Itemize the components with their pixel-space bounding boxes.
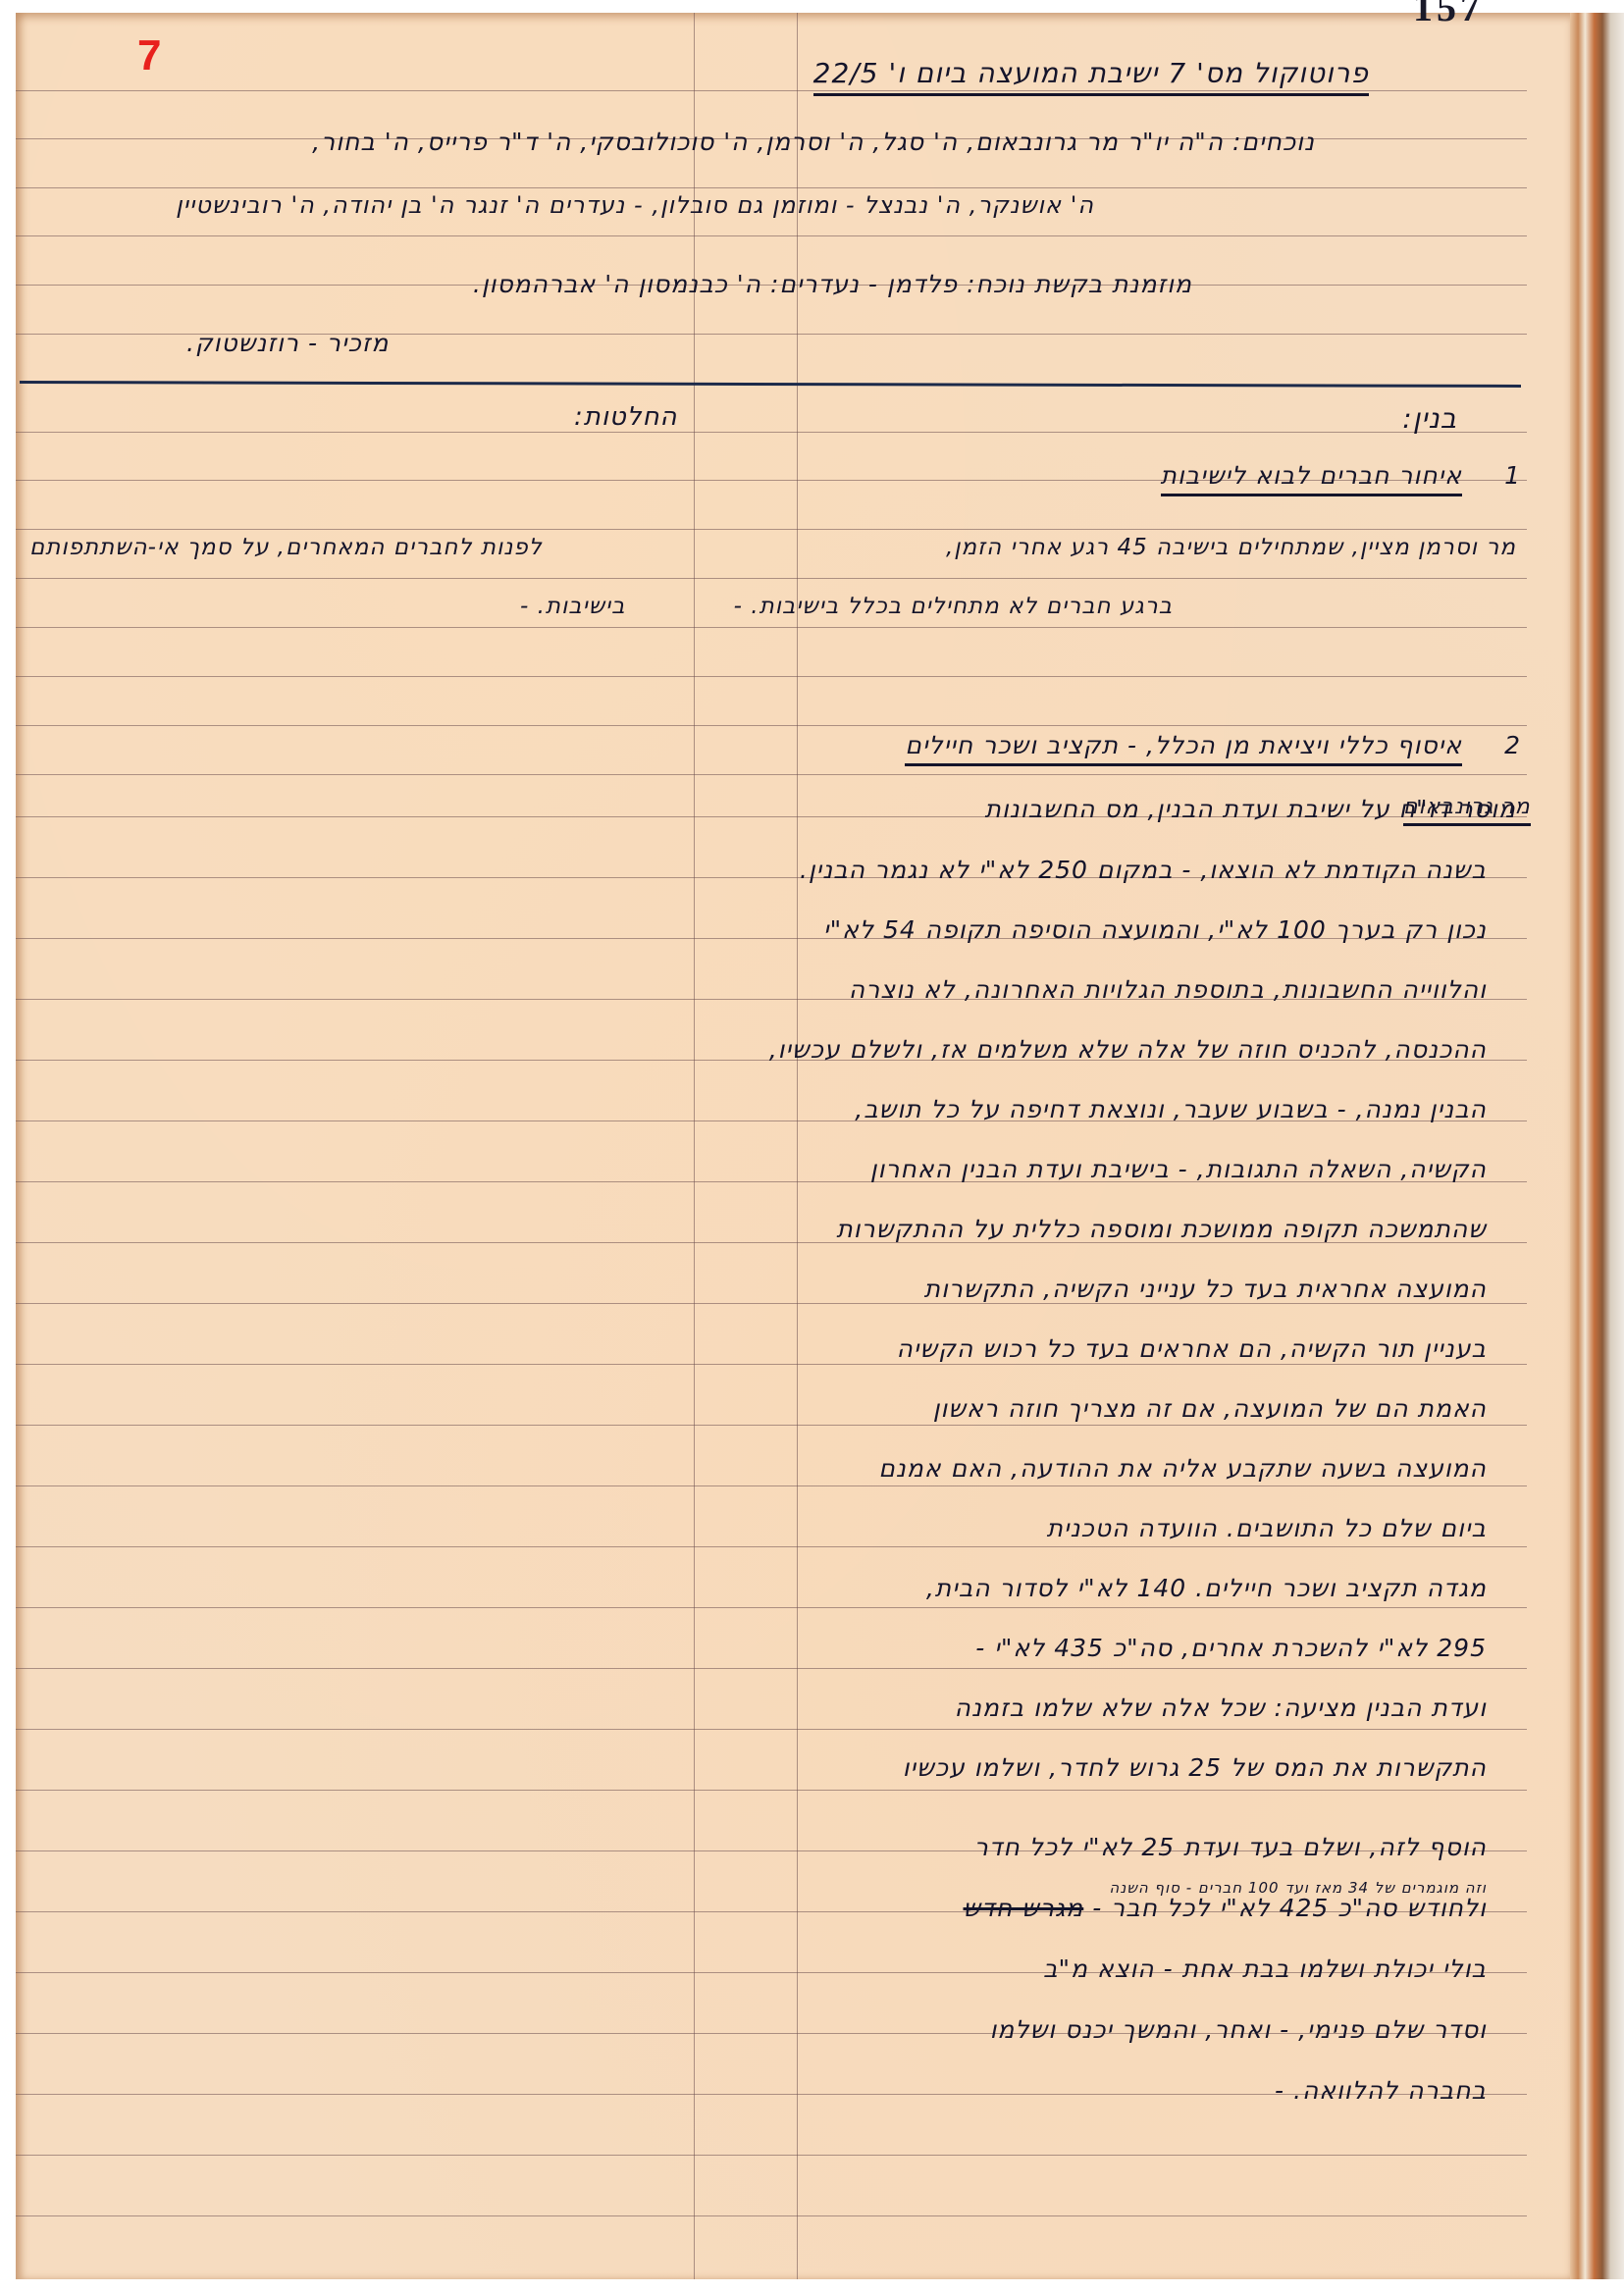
ruled-line <box>16 1668 1527 1669</box>
section-2-line: הוסף לזה, ושלם בעד ועדת 25 לא"י לכל חדר <box>974 1833 1487 1861</box>
column-header-decisions: החלטות: <box>574 402 678 432</box>
section-2-line: מוסר דו"ח על ישיבת ועדת הבנין, מס החשבונ… <box>985 795 1516 823</box>
section-2-line: והלווייה החשבונות, בתוספת הגלויות האחרונ… <box>849 975 1487 1004</box>
section-2-line: בחברה להלוואה. - <box>1275 2076 1487 2105</box>
section-1-line-2: ברגע חברים לא מתחילים בכלל בישיבות. - <box>734 594 1173 619</box>
section-2-line: נכון רק בערך 100 לא"י, והמועצה הוסיפה תק… <box>823 915 1487 944</box>
section-2-line: מגדה תקציב ושכר חיילים. 140 לא"י לסדור ה… <box>926 1574 1487 1602</box>
section-2-line: ולחודש סה"כ 425 לא"י לכל חבר - מגרש חדש <box>964 1894 1487 1922</box>
ruled-line <box>16 676 1527 677</box>
margin-line-right <box>797 13 798 2279</box>
ruled-line <box>16 1546 1527 1547</box>
section-2-line: המועצה בשעה שתקבע אליה את ההודעה, האם אמ… <box>878 1454 1487 1483</box>
section-1-decision-1: לפנות לחברים המאחרים, על סמך אי-השתתפותם <box>29 535 543 560</box>
ruled-line <box>16 529 1527 530</box>
section-2-line: ביום שלם כל התושבים. הוועדה הטכנית <box>1047 1514 1487 1542</box>
ruled-line <box>16 725 1527 726</box>
section-2-line: בולי יכולת ושלמו בבת אחת - הוצא מ"ב <box>1043 1954 1487 1983</box>
section-2-line: האמת הם של המועצה, אם זה מצריך חוזה ראשו… <box>933 1394 1487 1423</box>
ruled-line <box>16 774 1527 775</box>
section-1-line-1: מר וסרמן מציין, שמתחילים בישיבה 45 רגע א… <box>946 535 1516 560</box>
ruled-line <box>16 432 1527 433</box>
attendance-line-2: ה' אושנקר, ה' נבנצל - ומוזמן גם סובלון, … <box>176 191 1094 219</box>
ruled-line <box>16 1303 1527 1304</box>
section-1-decision-2: בישיבות. - <box>520 594 625 619</box>
interlinear-note: וזה מוגמרים של 34 מאז ועד 100 חברים - סו… <box>1110 1879 1487 1897</box>
corner-page-marker: 7 <box>137 31 161 80</box>
ruled-line <box>16 235 1527 236</box>
protocol-title: פרוטוקול מס' 7 ישיבת המועצה ביום ו' 22/5 <box>813 57 1369 96</box>
ruled-line <box>16 627 1527 628</box>
ruled-line <box>16 1425 1527 1426</box>
section-2-line: הבנין נמנה, - בשבוע שעבר, ונוצאת דחיפה ע… <box>855 1095 1487 1123</box>
section-2-heading: איסוף כללי ויציאת מן הכלל, - תקציב ושכר … <box>905 731 1462 766</box>
section-2-line: שהתמשכה תקופה ממושכת ומוספה כללית על ההת… <box>836 1215 1487 1243</box>
section-2-line: ההכנסה, להכניס חוזה של אלה שלא משלמים אז… <box>769 1035 1487 1064</box>
attendance-line-3: מוזמנת בקשת נוכח: פלדמן - נעדרים: ה' כבנ… <box>473 270 1192 298</box>
ruled-line <box>16 1364 1527 1365</box>
ruled-line <box>16 1607 1527 1608</box>
ruled-line <box>16 2215 1527 2216</box>
margin-line-left <box>694 13 695 2279</box>
section-2-line: הקשיה, השאלה התגובות, - בישיבת ועדת הבני… <box>870 1155 1487 1183</box>
secretary-line: מזכיר - רוזנשטוק. <box>186 329 389 357</box>
book-binding-edge <box>1570 13 1624 2279</box>
section-1-heading: איחור חברים לבוא לישיבות <box>1161 461 1462 496</box>
ruled-line <box>16 578 1527 579</box>
section-2-line: ועדת הבנין מציעה: שכל אלה שלא שלמו בזמנה <box>955 1694 1487 1722</box>
section-2-number: 2 <box>1504 731 1521 759</box>
section-2-line: בעניין תור הקשיה, הם אחראים בעד כל רכוש … <box>897 1334 1487 1363</box>
ruled-line <box>16 2155 1527 2156</box>
attendance-line-1: נוכחים: ה"ה יו"ר מר גרונבאום, ה' סגל, ה'… <box>312 128 1315 156</box>
ruled-line <box>16 187 1527 188</box>
section-2-line: המועצה אחראית בעד כל ענייני הקשיה, התקשר… <box>924 1275 1487 1303</box>
struck-out-text: מגרש חדש <box>964 1894 1084 1922</box>
ruled-line <box>16 1790 1527 1791</box>
column-header-building: בנין: <box>1402 402 1457 435</box>
section-2-line: וסדר שלם פנימי, - ואחר, והמשך יכנס ושלמו <box>990 2015 1487 2044</box>
section-2-line: 295 לא"י להשכרת אחרים, סה"כ 435 לא"י - <box>975 1634 1487 1662</box>
ruled-line <box>16 1729 1527 1730</box>
page-number: 157 <box>1413 0 1484 30</box>
section-2-line: התקשרות את המס של 25 גרוש לחדר, ושלמו עכ… <box>903 1753 1487 1782</box>
ruled-line <box>16 1485 1527 1486</box>
section-2-line: בשנה הקודמת לא הוצאו, - במקום 250 לא"י ל… <box>800 856 1487 884</box>
section-1-number: 1 <box>1504 461 1521 490</box>
